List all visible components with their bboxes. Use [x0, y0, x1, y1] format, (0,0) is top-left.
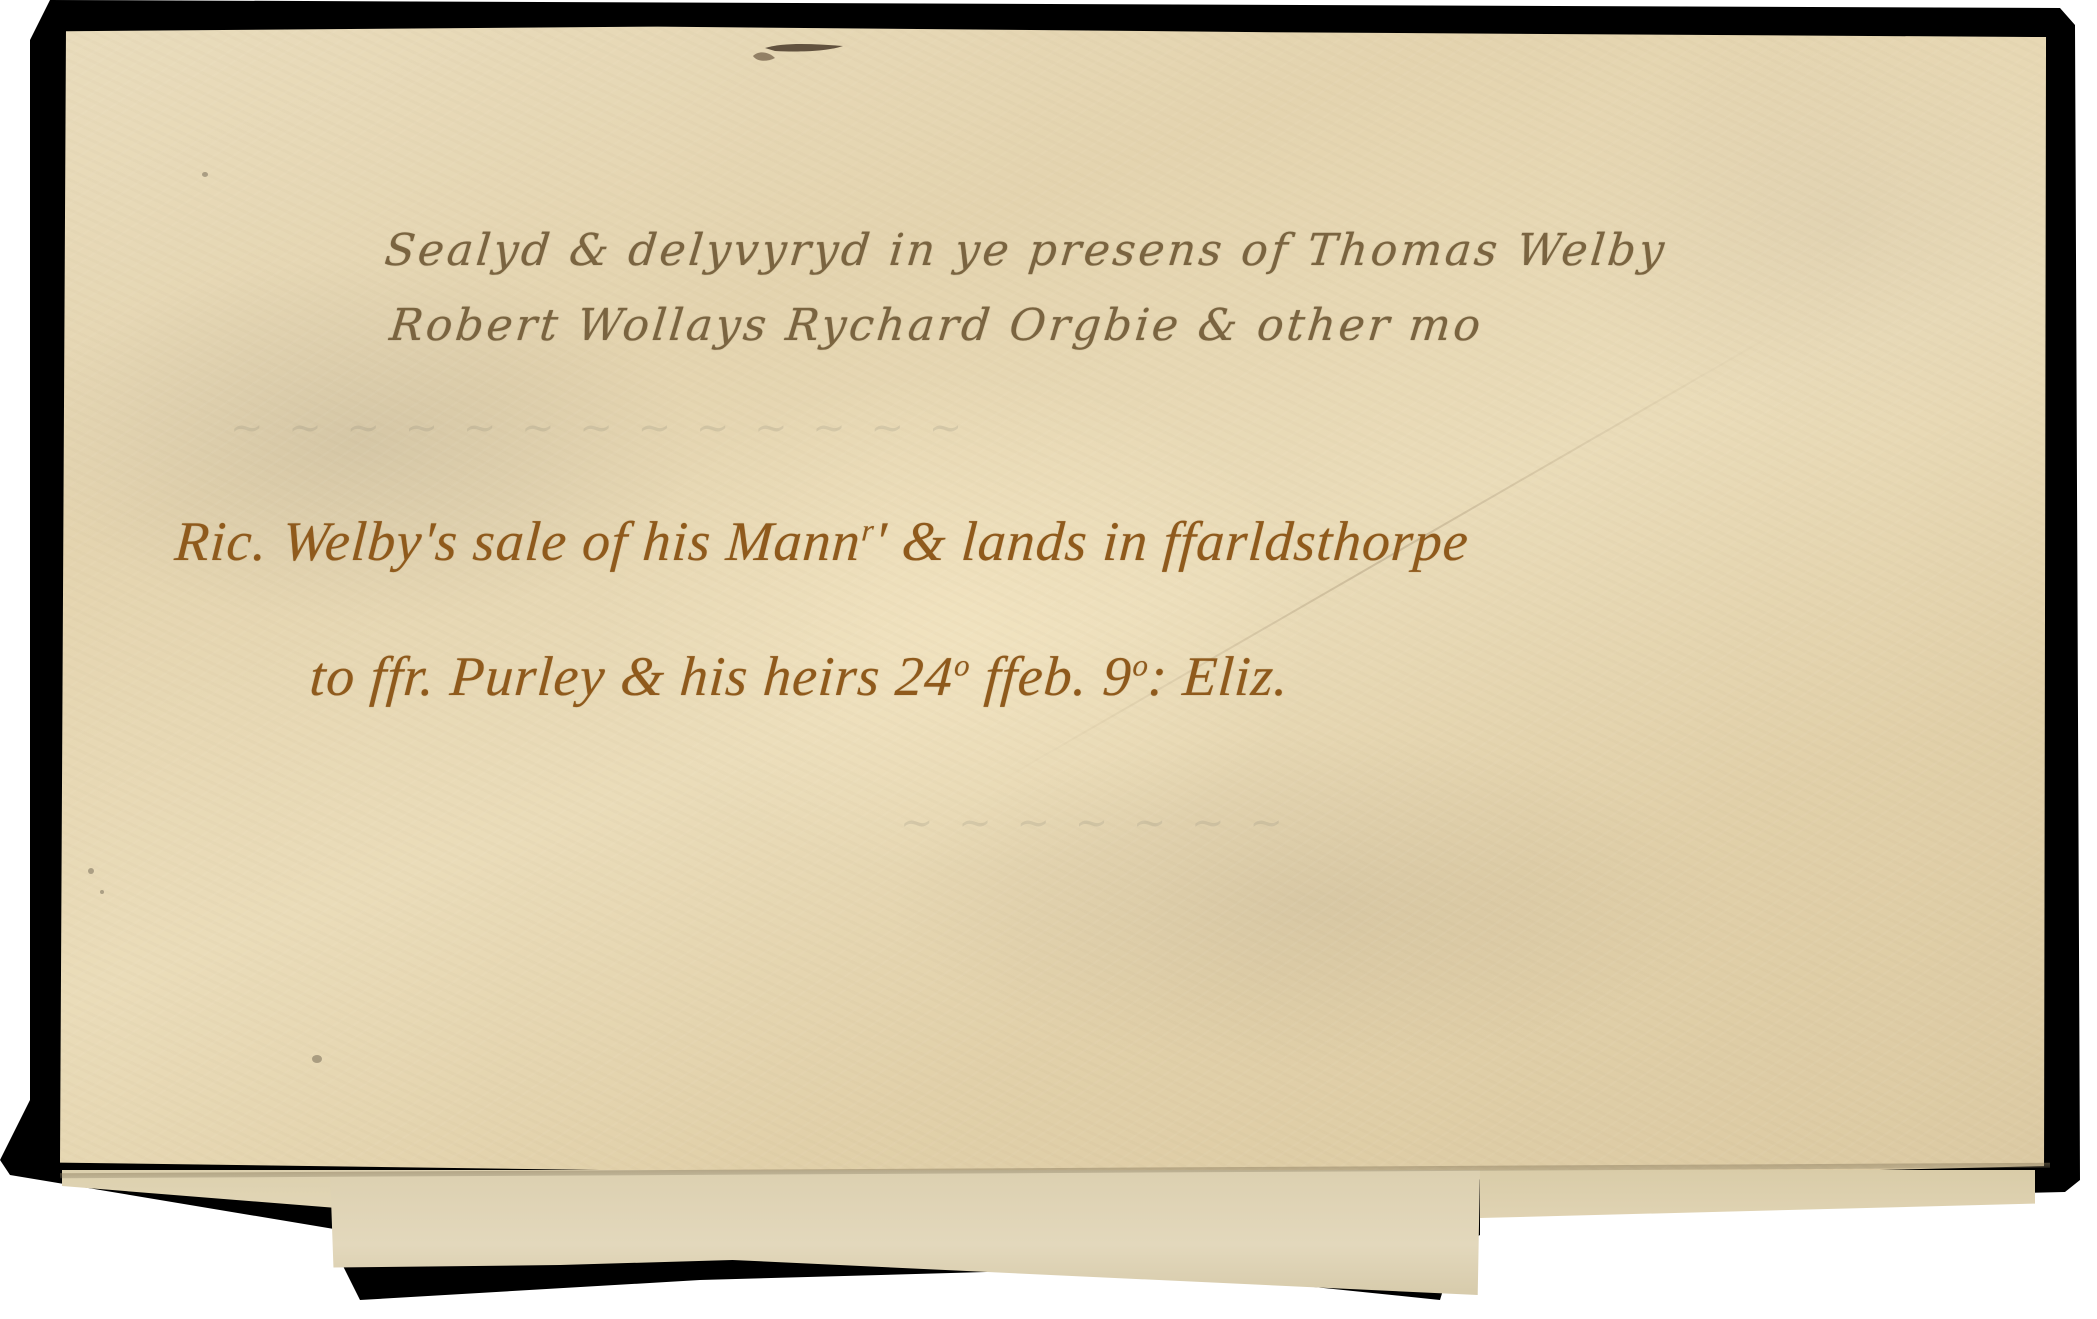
- endorsement-text: ffeb. 9: [968, 646, 1134, 708]
- show-through-text: ~ ~ ~ ~ ~ ~ ~: [900, 800, 1289, 846]
- ink-speck: [202, 172, 208, 177]
- ink-speck: [88, 868, 94, 874]
- ink-speck: [100, 890, 104, 894]
- document-scan: ~ ~ ~ ~ ~ ~ ~ ~ ~ ~ ~ ~ ~ ~ ~ ~ ~ ~ ~ ~ …: [0, 0, 2097, 1319]
- witness-clause-line-1: Sealyd & delyvyryd in ye presens of Thom…: [382, 225, 1669, 276]
- endorsement-text: Ric. Welby's sale of his Mann: [173, 511, 863, 573]
- parchment-sheet: [60, 22, 2052, 1180]
- endorsement-text: ' & lands in ffarldsthorpe: [872, 511, 1471, 573]
- endorsement-line-1: Ric. Welby's sale of his Mannr' & lands …: [173, 510, 1471, 574]
- endorsement-text: to ffr. Purley & his heirs 24: [308, 646, 956, 708]
- endorsement-line-2: to ffr. Purley & his heirs 24o ffeb. 9o:…: [308, 645, 1291, 709]
- witness-clause-line-2: Robert Wollays Rychard Orgbie & other mo: [387, 300, 1486, 351]
- endorsement-text: : Eliz.: [1146, 646, 1291, 708]
- show-through-text: ~ ~ ~ ~ ~ ~ ~ ~ ~ ~ ~ ~ ~: [230, 405, 968, 451]
- ink-blot-mark: [745, 42, 845, 64]
- ink-speck: [312, 1055, 322, 1063]
